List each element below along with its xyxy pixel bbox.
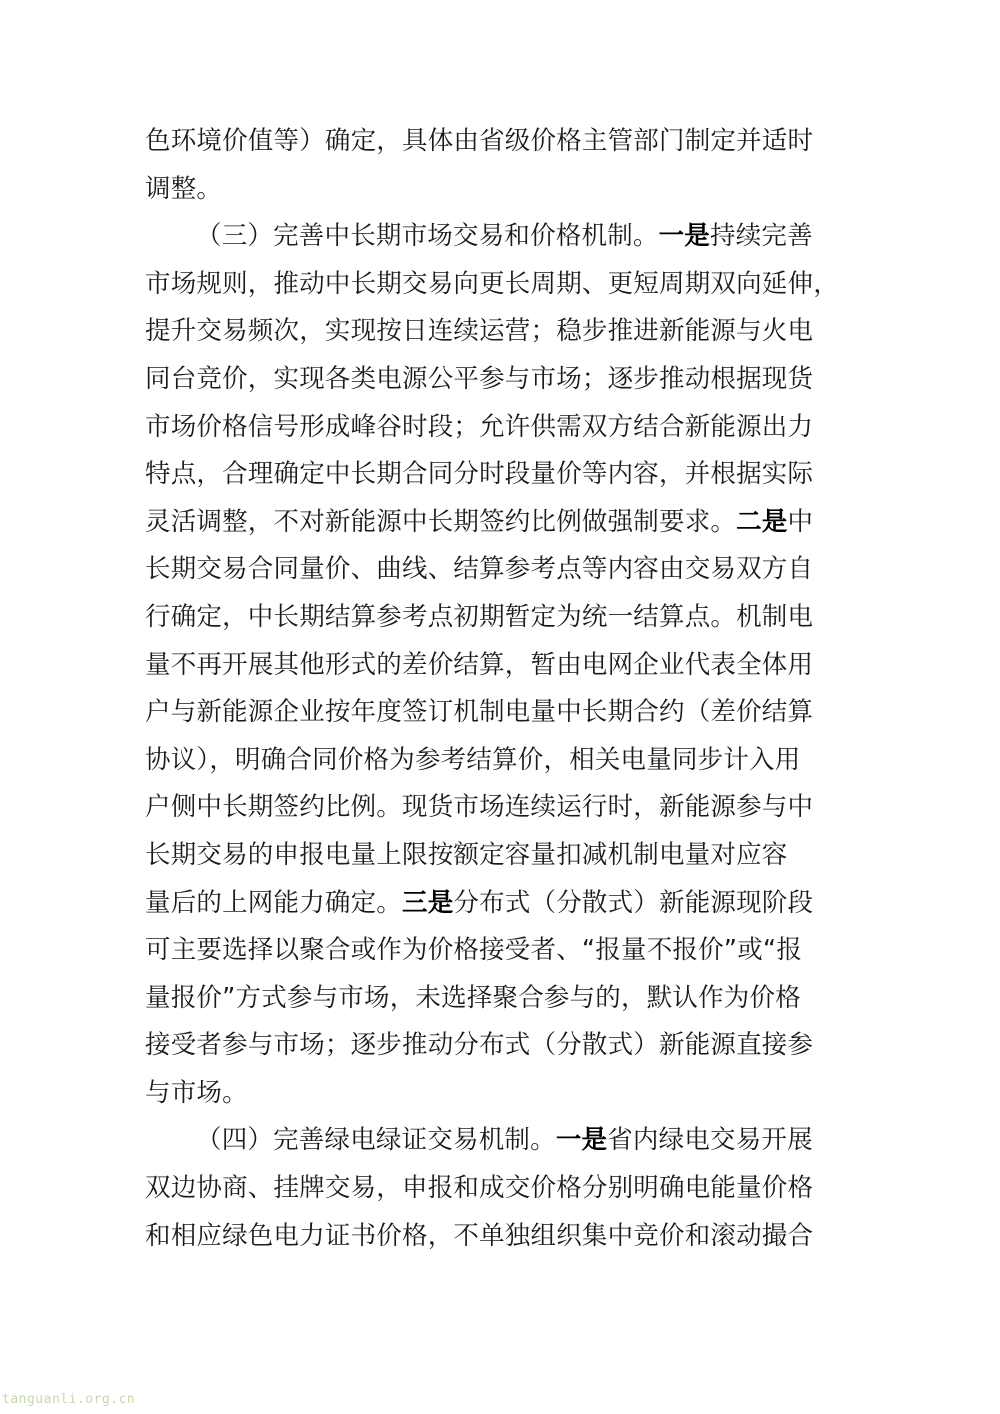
- text-line: 和相应绿色电力证书价格，不单独组织集中竞价和滚动撮合: [145, 1213, 857, 1261]
- bold-marker: 一是: [659, 221, 710, 251]
- text-line: 与市场。: [145, 1070, 857, 1118]
- bold-marker: 二是: [736, 507, 787, 537]
- text-line: 同台竞价，实现各类电源公平参与市场；逐步推动根据现货: [145, 356, 857, 404]
- text-line: 调整。: [145, 166, 857, 214]
- text-line: 户侧中长期签约比例。现货市场连续运行时，新能源参与中: [145, 784, 857, 832]
- text-line: 双边协商、挂牌交易，申报和成交价格分别明确电能量价格: [145, 1165, 857, 1213]
- text-line: 提升交易频次，实现按日连续运营；稳步推进新能源与火电: [145, 308, 857, 356]
- section-heading-4: （四）完善绿电绿证交易机制。一是省内绿电交易开展: [145, 1117, 857, 1165]
- text-line: 可主要选择以聚合或作为价格接受者、“报量不报价”或“报: [145, 927, 857, 975]
- section-heading-3: （三）完善中长期市场交易和价格机制。一是持续完善: [145, 213, 857, 261]
- bold-marker: 三是: [402, 888, 453, 918]
- text-line: 协议），明确合同价格为参考结算价，相关电量同步计入用: [145, 737, 857, 785]
- text-line: 市场规则，推动中长期交易向更长周期、更短周期双向延伸，: [145, 261, 857, 309]
- watermark: tanguanli.org.cn: [2, 1392, 135, 1407]
- bold-marker: 一是: [556, 1125, 607, 1155]
- document-body: 色环境价值等）确定，具体由省级价格主管部门制定并适时 调整。 （三）完善中长期市…: [145, 118, 857, 1260]
- text-line: 量不再开展其他形式的差价结算，暂由电网企业代表全体用: [145, 642, 857, 690]
- text-line: 特点，合理确定中长期合同分时段量价等内容，并根据实际: [145, 451, 857, 499]
- text-line: 色环境价值等）确定，具体由省级价格主管部门制定并适时: [145, 118, 857, 166]
- text-line: 行确定，中长期结算参考点初期暂定为统一结算点。机制电: [145, 594, 857, 642]
- text-line: 长期交易的申报电量上限按额定容量扣减机制电量对应容: [145, 832, 857, 880]
- text-line: 量后的上网能力确定。三是分布式（分散式）新能源现阶段: [145, 880, 857, 928]
- text-line: 长期交易合同量价、曲线、结算参考点等内容由交易双方自: [145, 546, 857, 594]
- text-line: 接受者参与市场；逐步推动分布式（分散式）新能源直接参: [145, 1022, 857, 1070]
- text-line: 量报价”方式参与市场，未选择聚合参与的，默认作为价格: [145, 975, 857, 1023]
- text-line: 灵活调整，不对新能源中长期签约比例做强制要求。二是中: [145, 499, 857, 547]
- text-line: 户与新能源企业按年度签订机制电量中长期合约（差价结算: [145, 689, 857, 737]
- text-line: 市场价格信号形成峰谷时段；允许供需双方结合新能源出力: [145, 404, 857, 452]
